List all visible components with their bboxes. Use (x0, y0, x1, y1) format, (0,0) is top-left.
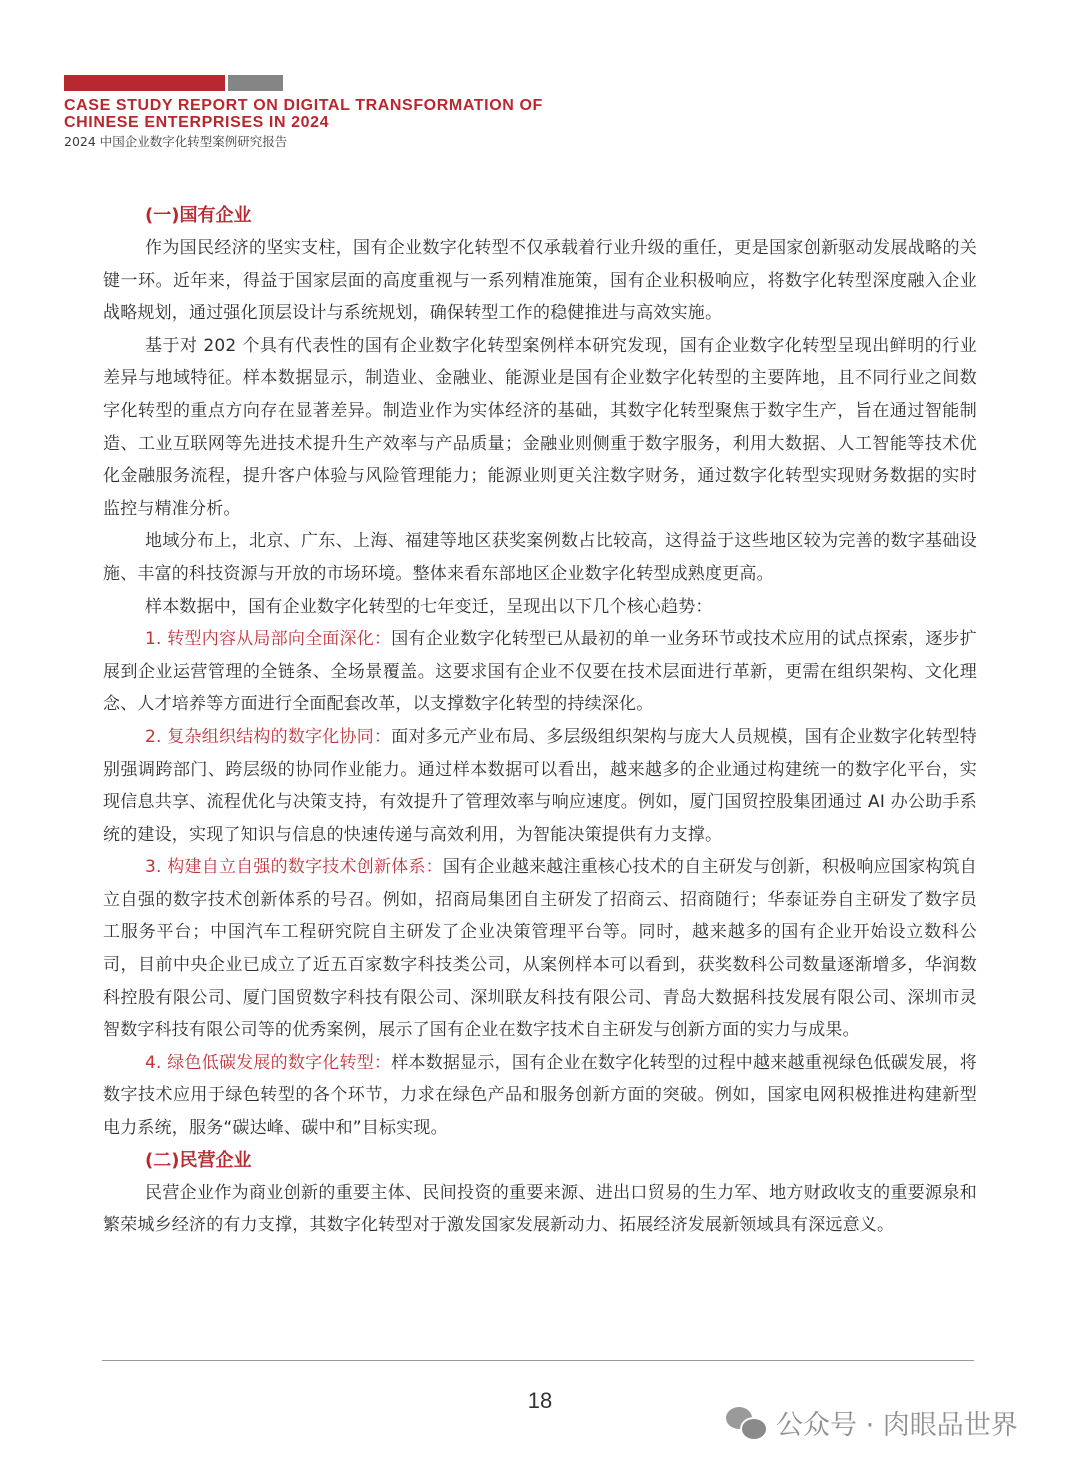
watermark-text: 公众号 · 肉眼品世界 (776, 1403, 1018, 1442)
page-body: (一)国有企业 作为国民经济的坚实支柱，国有企业数字化转型不仅承载着行业升级的重… (103, 200, 977, 1242)
wechat-icon (726, 1405, 770, 1441)
trend-item-3: 3. 构建自立自强的数字技术创新体系：国有企业越来越注重核心技术的自主研发与创新… (103, 851, 977, 1047)
report-title-chinese: 2024 中国企业数字化转型案例研究报告 (64, 132, 287, 150)
section-heading-private: (二)民营企业 (103, 1145, 977, 1177)
trend-lead: 2. 复杂组织结构的数字化协同： (145, 727, 391, 747)
header-accent-bar-red (64, 75, 225, 91)
trend-item-2: 2. 复杂组织结构的数字化协同：面对多元产业布局、多层级组织架构与庞大人员规模，… (103, 721, 977, 851)
trend-item-4: 4. 绿色低碳发展的数字化转型：样本数据显示，国有企业在数字化转型的过程中越来越… (103, 1047, 977, 1145)
paragraph: 作为国民经济的坚实支柱，国有企业数字化转型不仅承载着行业升级的重任，更是国家创新… (103, 232, 977, 330)
paragraph: 样本数据中，国有企业数字化转型的七年变迁，呈现出以下几个核心趋势： (103, 591, 977, 624)
trend-lead: 3. 构建自立自强的数字技术创新体系： (145, 857, 443, 877)
report-title-line1: CASE STUDY REPORT ON DIGITAL TRANSFORMAT… (64, 97, 664, 114)
report-title-english: CASE STUDY REPORT ON DIGITAL TRANSFORMAT… (64, 97, 664, 131)
trend-lead: 1. 转型内容从局部向全面深化： (145, 629, 391, 649)
paragraph: 地域分布上，北京、广东、上海、福建等地区获奖案例数占比较高，这得益于这些地区较为… (103, 525, 977, 590)
header-accent-bar-gray (228, 75, 283, 91)
trend-item-1: 1. 转型内容从局部向全面深化：国有企业数字化转型已从最初的单一业务环节或技术应… (103, 623, 977, 721)
watermark: 公众号 · 肉眼品世界 (726, 1403, 1018, 1442)
footer-divider (102, 1360, 974, 1361)
trend-lead: 4. 绿色低碳发展的数字化转型： (145, 1053, 391, 1073)
section-heading-soe: (一)国有企业 (103, 200, 977, 232)
report-title-line2: CHINESE ENTERPRISES IN 2024 (64, 114, 664, 131)
paragraph: 基于对 202 个具有代表性的国有企业数字化转型案例样本研究发现，国有企业数字化… (103, 330, 977, 526)
paragraph: 民营企业作为商业创新的重要主体、民间投资的重要来源、进出口贸易的生力军、地方财政… (103, 1177, 977, 1242)
